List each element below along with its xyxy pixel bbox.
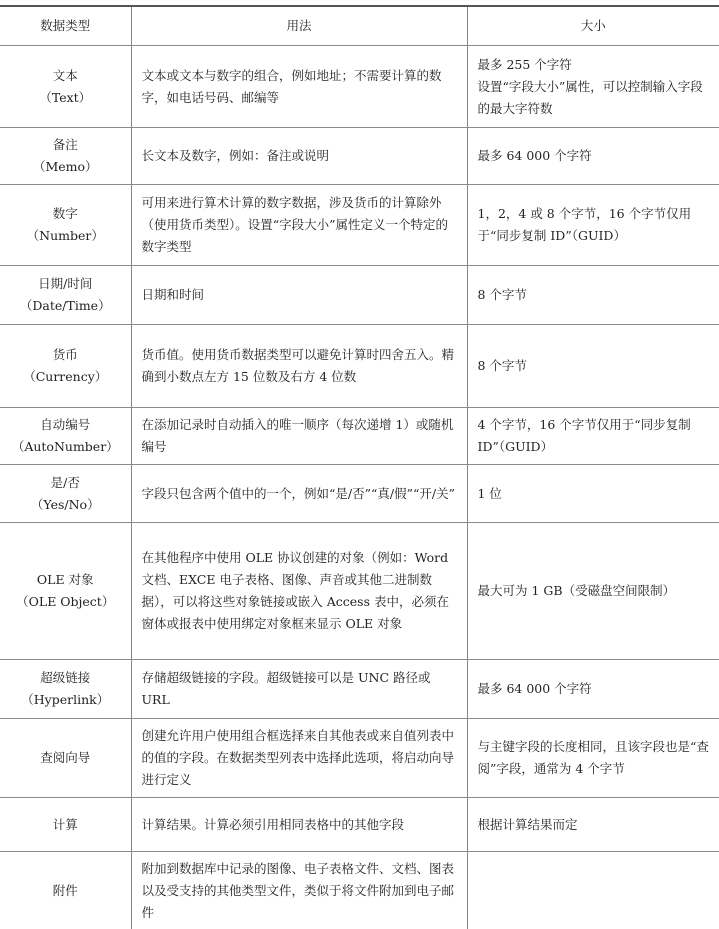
- cell-data-type: 是/否（Yes/No）: [0, 465, 131, 523]
- cell-data-type: 超级链接（Hyperlink）: [0, 660, 131, 719]
- type-name-en: （Memo）: [4, 156, 127, 178]
- cell-data-type: OLE 对象（OLE Object）: [0, 523, 131, 660]
- cell-size: 与主键字段的长度相同，且该字段也是“查阅”字段，通常为 4 个字节: [467, 719, 719, 798]
- cell-size: 最大可为 1 GB（受磁盘空间限制）: [467, 523, 719, 660]
- cell-size: 8 个字节: [467, 325, 719, 408]
- type-name: 查阅向导: [4, 747, 127, 769]
- table-row: 自动编号（AutoNumber）在添加记录时自动插入的唯一顺序（每次递增 1）或…: [0, 408, 719, 465]
- cell-data-type: 数字（Number）: [0, 185, 131, 266]
- cell-data-type: 备注（Memo）: [0, 128, 131, 185]
- cell-usage: 货币值。使用货币数据类型可以避免计算时四舍五入。精确到小数点左方 15 位数及右…: [131, 325, 467, 408]
- cell-size: 最多 64 000 个字符: [467, 660, 719, 719]
- type-name: 货币: [4, 344, 127, 366]
- table-row: 日期/时间（Date/Time）日期和时间8 个字节: [0, 266, 719, 325]
- header-size: 大小: [467, 6, 719, 46]
- cell-usage: 日期和时间: [131, 266, 467, 325]
- table-row: 是/否（Yes/No）字段只包含两个值中的一个，例如“是/否”“真/假”“开/关…: [0, 465, 719, 523]
- cell-usage: 存储超级链接的字段。超级链接可以是 UNC 路径或 URL: [131, 660, 467, 719]
- cell-size: 1 位: [467, 465, 719, 523]
- header-data-type: 数据类型: [0, 6, 131, 46]
- type-name: 自动编号: [4, 414, 127, 436]
- cell-usage: 附加到数据库中记录的图像、电子表格文件、文档、图表以及受支持的其他类型文件，类似…: [131, 852, 467, 929]
- cell-size: 根据计算结果而定: [467, 798, 719, 852]
- table-header-row: 数据类型 用法 大小: [0, 6, 719, 46]
- cell-usage: 在其他程序中使用 OLE 协议创建的对象（例如：Word 文档、EXCE 电子表…: [131, 523, 467, 660]
- table-row: 货币（Currency）货币值。使用货币数据类型可以避免计算时四舍五入。精确到小…: [0, 325, 719, 408]
- table-row: 数字（Number）可用来进行算术计算的数字数据，涉及货币的计算除外（使用货币类…: [0, 185, 719, 266]
- type-name: 日期/时间: [4, 273, 127, 295]
- cell-size: 最多 255 个字符 设置“字段大小”属性，可以控制输入字段的最大字符数: [467, 46, 719, 128]
- table-row: 计算计算结果。计算必须引用相同表格中的其他字段根据计算结果而定: [0, 798, 719, 852]
- cell-usage: 长文本及数字，例如：备注或说明: [131, 128, 467, 185]
- cell-data-type: 货币（Currency）: [0, 325, 131, 408]
- header-usage: 用法: [131, 6, 467, 46]
- type-name: 是/否: [4, 472, 127, 494]
- type-name: 计算: [4, 814, 127, 836]
- type-name-en: （Date/Time）: [4, 295, 127, 317]
- table-row: OLE 对象（OLE Object）在其他程序中使用 OLE 协议创建的对象（例…: [0, 523, 719, 660]
- type-name-en: （Currency）: [4, 366, 127, 388]
- type-name-en: （AutoNumber）: [4, 436, 127, 458]
- data-types-table: 数据类型 用法 大小 文本（Text）文本或文本与数字的组合，例如地址；不需要计…: [0, 5, 719, 929]
- type-name: 文本: [4, 65, 127, 87]
- cell-data-type: 附件: [0, 852, 131, 929]
- cell-usage: 在添加记录时自动插入的唯一顺序（每次递增 1）或随机编号: [131, 408, 467, 465]
- cell-size: [467, 852, 719, 929]
- cell-usage: 可用来进行算术计算的数字数据，涉及货币的计算除外（使用货币类型）。设置“字段大小…: [131, 185, 467, 266]
- table-row: 附件附加到数据库中记录的图像、电子表格文件、文档、图表以及受支持的其他类型文件，…: [0, 852, 719, 929]
- table-row: 超级链接（Hyperlink）存储超级链接的字段。超级链接可以是 UNC 路径或…: [0, 660, 719, 719]
- cell-data-type: 自动编号（AutoNumber）: [0, 408, 131, 465]
- cell-data-type: 文本（Text）: [0, 46, 131, 128]
- type-name: OLE 对象: [4, 569, 127, 591]
- cell-size: 4 个字节，16 个字节仅用于“同步复制 ID”（GUID）: [467, 408, 719, 465]
- cell-data-type: 查阅向导: [0, 719, 131, 798]
- cell-usage: 字段只包含两个值中的一个，例如“是/否”“真/假”“开/关”: [131, 465, 467, 523]
- table-row: 备注（Memo）长文本及数字，例如：备注或说明最多 64 000 个字符: [0, 128, 719, 185]
- type-name-en: （Number）: [4, 225, 127, 247]
- cell-data-type: 计算: [0, 798, 131, 852]
- cell-size: 1，2，4 或 8 个字节，16 个字节仅用于“同步复制 ID”（GUID）: [467, 185, 719, 266]
- table-row: 查阅向导创建允许用户使用组合框选择来自其他表或来自值列表中的值的字段。在数据类型…: [0, 719, 719, 798]
- type-name-en: （Hyperlink）: [4, 689, 127, 711]
- type-name-en: （Text）: [4, 87, 127, 109]
- type-name-en: （OLE Object）: [4, 591, 127, 613]
- cell-usage: 文本或文本与数字的组合，例如地址；不需要计算的数字，如电话号码、邮编等: [131, 46, 467, 128]
- table-row: 文本（Text）文本或文本与数字的组合，例如地址；不需要计算的数字，如电话号码、…: [0, 46, 719, 128]
- type-name: 备注: [4, 134, 127, 156]
- type-name: 附件: [4, 880, 127, 902]
- cell-data-type: 日期/时间（Date/Time）: [0, 266, 131, 325]
- cell-size: 最多 64 000 个字符: [467, 128, 719, 185]
- type-name-en: （Yes/No）: [4, 494, 127, 516]
- cell-usage: 计算结果。计算必须引用相同表格中的其他字段: [131, 798, 467, 852]
- type-name: 数字: [4, 203, 127, 225]
- cell-usage: 创建允许用户使用组合框选择来自其他表或来自值列表中的值的字段。在数据类型列表中选…: [131, 719, 467, 798]
- type-name: 超级链接: [4, 667, 127, 689]
- cell-size: 8 个字节: [467, 266, 719, 325]
